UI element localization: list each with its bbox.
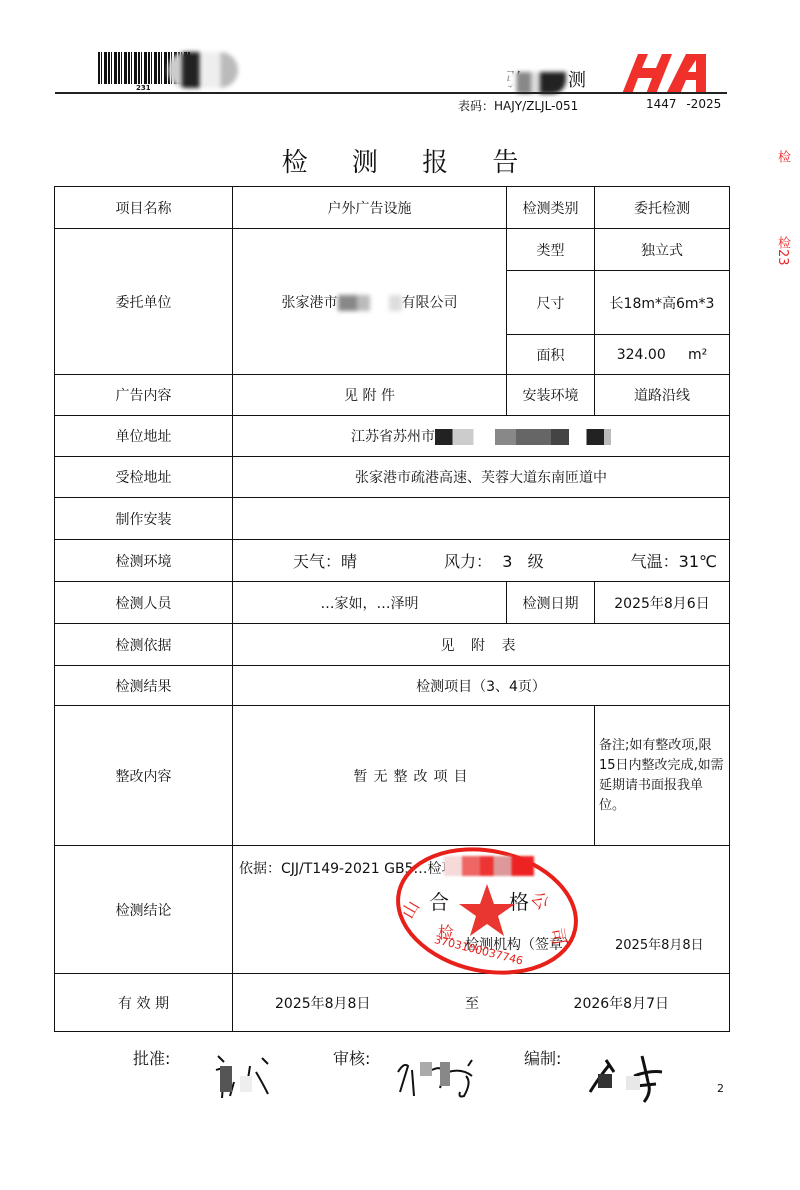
label: 检测结果 xyxy=(55,666,233,706)
redaction-mask xyxy=(168,52,238,88)
label: 检测类别 xyxy=(507,187,595,229)
row-project-name: 项目名称 户外广告设施 检测类别 委托检测 xyxy=(55,187,730,229)
row-inspected-address: 受检地址 张家港市疏港高速、芙蓉大道东南匝道中 xyxy=(55,457,730,498)
side-stamp: 检23 xyxy=(776,236,789,266)
barcode-number: 231 xyxy=(136,84,151,92)
row-inspectors: 检测人员 …家如，…泽明 检测日期 2025年8月6日 xyxy=(55,582,730,624)
label: 广告内容 xyxy=(55,375,233,416)
label: 整改内容 xyxy=(55,706,233,846)
ad-content-value: 见 附 件 xyxy=(233,375,507,416)
valid-to: 2026年8月7日 xyxy=(574,993,669,1013)
project-name-value: 户外广告设施 xyxy=(233,187,507,229)
row-test-result: 检测结果 检测项目（3、4页） xyxy=(55,666,730,706)
test-category-value: 委托检测 xyxy=(595,187,730,229)
label: 检测依据 xyxy=(55,624,233,666)
label: 检测环境 xyxy=(55,540,233,582)
test-date-value: 2025年8月6日 xyxy=(595,582,730,624)
label: 尺寸 xyxy=(507,271,595,335)
size-value: 长18m*高6m*3 xyxy=(595,271,730,335)
header-rule xyxy=(55,92,727,94)
test-basis-value: 见 附 表 xyxy=(233,624,730,666)
reviewer-signature-icon xyxy=(388,1052,508,1100)
redaction-mask xyxy=(338,295,402,311)
install-env-value: 道路沿线 xyxy=(595,375,730,416)
redaction-mask xyxy=(435,429,611,445)
row-validity: 有 效 期 2025年8月8日 至 2026年8月7日 xyxy=(55,974,730,1032)
test-result-value: 检测项目（3、4页） xyxy=(233,666,730,706)
row-unit-address: 单位地址 江苏省苏州市 xyxy=(55,416,730,457)
redaction-mask xyxy=(444,856,534,876)
label: 检测日期 xyxy=(507,582,595,624)
svg-text:司: 司 xyxy=(546,927,569,947)
inspected-address-value: 张家港市疏港高速、芙蓉大道东南匝道中 xyxy=(233,457,730,498)
wind: 风力： 3 级 xyxy=(444,549,544,572)
weather: 天气：晴 xyxy=(293,549,357,572)
side-stamp: 检 xyxy=(776,150,789,163)
page-title: 检 测 报 告 xyxy=(0,142,800,179)
client-prefix: 张家港市 xyxy=(282,295,338,311)
org-name-char: 测 xyxy=(568,66,586,92)
row-rectification: 整改内容 暂无整改项目 备注;如有整改项,限15日内整改完成,如需延期请书面报我… xyxy=(55,706,730,846)
label: 检测人员 xyxy=(55,582,233,624)
test-env-value: 天气：晴 风力： 3 级 气温：31℃ xyxy=(233,540,730,582)
page-number: 2 xyxy=(717,1082,724,1095)
validity-value: 2025年8月8日 至 2026年8月7日 xyxy=(233,974,730,1032)
conclusion-date: 2025年8月8日 xyxy=(615,934,704,953)
row-type: 委托单位 张家港市有限公司 类型 独立式 xyxy=(55,229,730,271)
type-value: 独立式 xyxy=(595,229,730,271)
label: 受检地址 xyxy=(55,457,233,498)
rectification-note: 备注;如有整改项,限15日内整改完成,如需延期请书面报我单位。 xyxy=(595,706,730,846)
label: 委托单位 xyxy=(55,229,233,375)
inspectors-value: …家如，…泽明 xyxy=(233,582,507,624)
area-value: 324.00 m² xyxy=(595,335,730,375)
valid-from: 2025年8月8日 xyxy=(275,993,370,1013)
manufacture-value xyxy=(233,498,730,540)
label: 安装环境 xyxy=(507,375,595,416)
review-label: 审核: xyxy=(333,1046,370,1069)
client-suffix: 有限公司 xyxy=(402,295,458,311)
compile-label: 编制: xyxy=(524,1046,561,1069)
row-test-basis: 检测依据 见 附 表 xyxy=(55,624,730,666)
valid-to-word: 至 xyxy=(465,993,479,1013)
approve-label: 批准: xyxy=(133,1046,170,1069)
svg-text:检: 检 xyxy=(438,923,454,942)
row-manufacture: 制作安装 xyxy=(55,498,730,540)
area-unit: m² xyxy=(688,347,707,363)
label: 面积 xyxy=(507,335,595,375)
label: 项目名称 xyxy=(55,187,233,229)
area-number: 324.00 xyxy=(617,347,666,363)
address-prefix: 江苏省苏州市 xyxy=(351,429,435,445)
rectification-value: 暂无整改项目 xyxy=(233,706,595,846)
temperature: 气温：31℃ xyxy=(631,549,717,572)
label: 单位地址 xyxy=(55,416,233,457)
client-value: 张家港市有限公司 xyxy=(233,229,507,375)
redaction-mask xyxy=(508,72,566,94)
report-number: 1447 -2025 xyxy=(646,97,721,111)
label: 制作安装 xyxy=(55,498,233,540)
compiler-signature-icon xyxy=(586,1052,686,1108)
label: 有 效 期 xyxy=(55,974,233,1032)
form-code: 表码：HAJY/ZLJL-051 xyxy=(458,97,578,114)
label: 检测结论 xyxy=(55,846,233,974)
row-test-env: 检测环境 天气：晴 风力： 3 级 气温：31℃ xyxy=(55,540,730,582)
row-ad-content: 广告内容 见 附 件 安装环境 道路沿线 xyxy=(55,375,730,416)
approver-signature-icon xyxy=(210,1052,290,1100)
unit-address-value: 江苏省苏州市 xyxy=(233,416,730,457)
svg-text:公: 公 xyxy=(526,888,552,914)
ha-logo-icon xyxy=(608,50,708,94)
label: 类型 xyxy=(507,229,595,271)
